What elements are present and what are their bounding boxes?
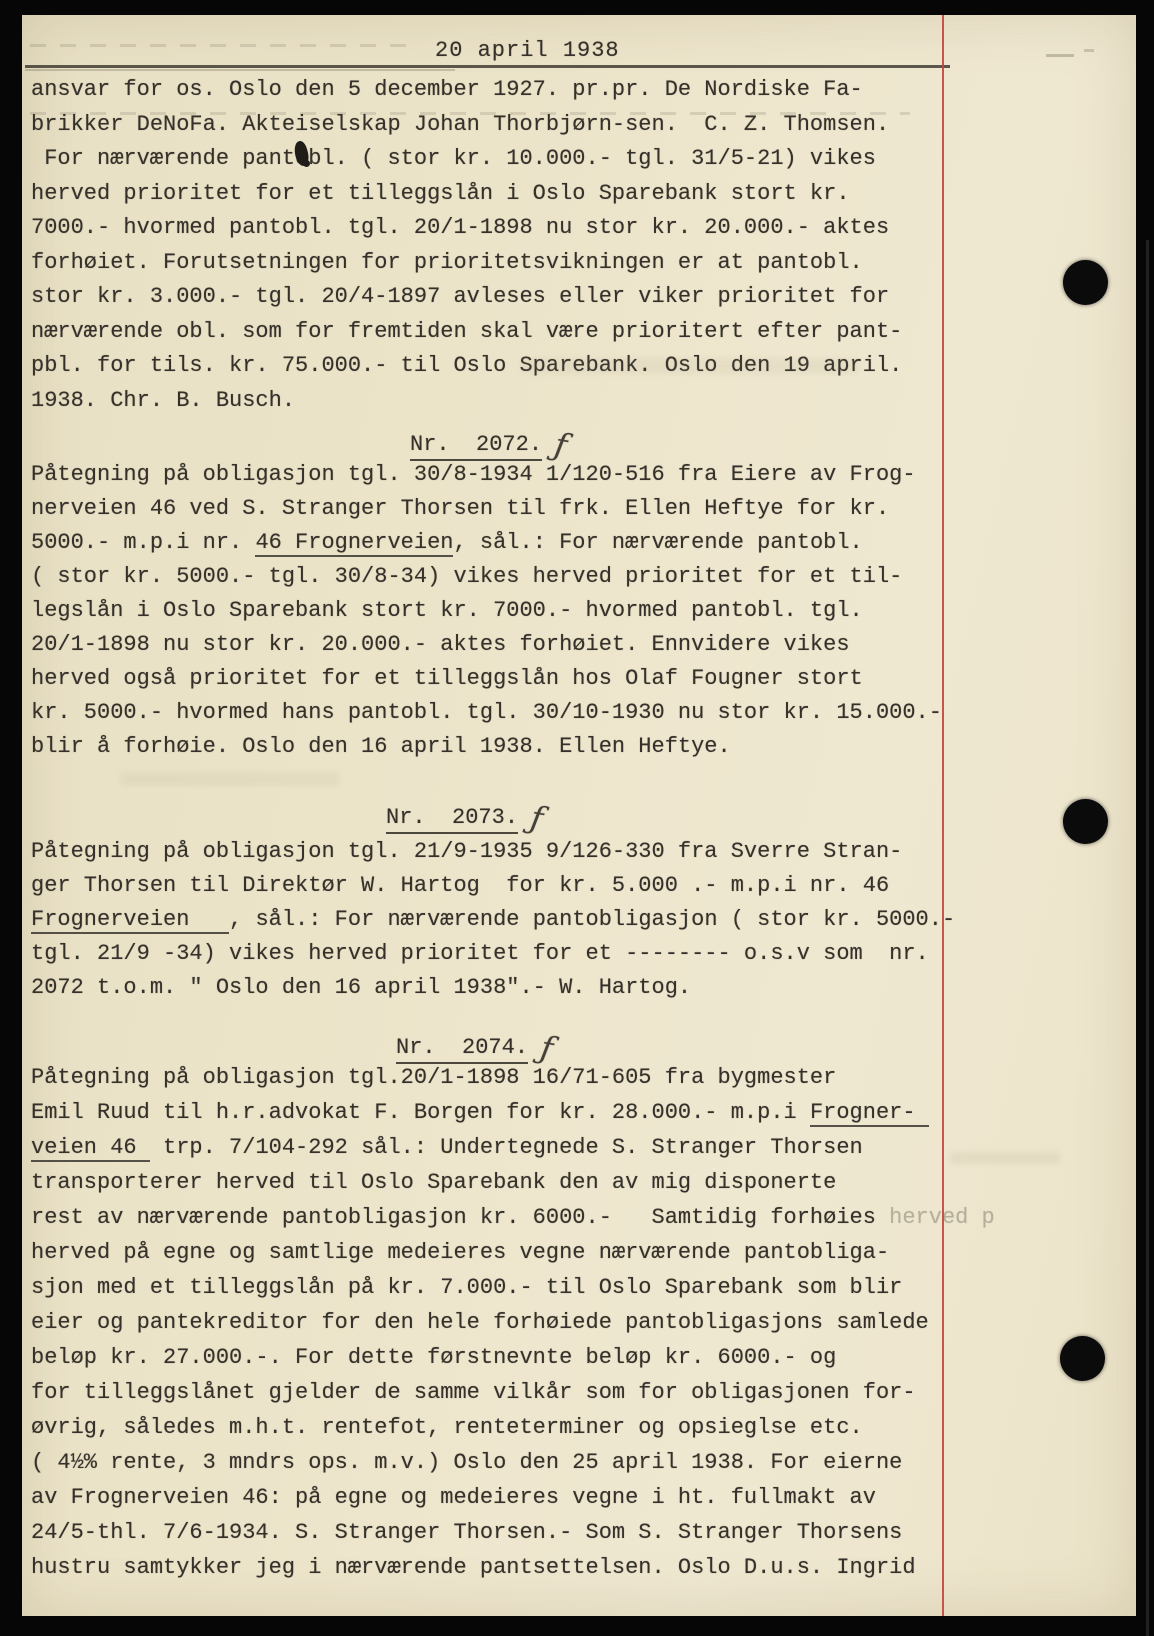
text-segment: , sål.: For nærværende pantobl. (453, 530, 862, 555)
text-line: hustru samtykker jeg i nærværende pantse… (31, 1550, 1131, 1585)
text-segment: for tilleggslånet gjelder de samme vilkå… (31, 1380, 916, 1405)
text-segment: Påtegning på obligasjon tgl.20/1-1898 16… (31, 1065, 836, 1090)
text-segment: , sål.: For nærværende pantobligasjon ( … (229, 907, 955, 932)
text-segment: hustru samtykker jeg i nærværende pantse… (31, 1555, 916, 1580)
text-segment: tgl. 21/9 -34) vikes herved prioritet fo… (31, 941, 929, 966)
text-line: transporterer herved til Oslo Sparebank … (31, 1165, 1131, 1200)
scan-ghost-line (30, 44, 420, 47)
text-line: For nærværende pantobl. ( stor kr. 10.00… (31, 142, 1131, 177)
page-content: 20 april 1938 ansvar for os. Oslo den 5 … (0, 0, 1154, 1636)
text-segment: nerveien 46 ved S. Stranger Thorsen til … (31, 496, 889, 521)
text-line: 1938. Chr. B. Busch. (31, 384, 1131, 419)
text-line: øvrig, således m.h.t. rentefot, renteter… (31, 1410, 1131, 1445)
text-segment: ( stor kr. 5000.- tgl. 30/8-34) vikes he… (31, 564, 902, 589)
ink-blot (303, 160, 310, 167)
text-line: ger Thorsen til Direktør W. Hartog for k… (31, 869, 1131, 903)
text-line: legslån i Oslo Sparebank stort kr. 7000.… (31, 594, 1131, 628)
text-line: stor kr. 3.000.- tgl. 20/4-1897 avleses … (31, 280, 1131, 315)
handwritten-check-mark: ƒ (553, 430, 570, 460)
red-margin-line (942, 15, 944, 1616)
text-segment: Påtegning på obligasjon tgl. 21/9-1935 9… (31, 839, 902, 864)
text-segment: 20/1-1898 nu stor kr. 20.000.- aktes for… (31, 632, 850, 657)
text-segment: sjon med et tilleggslån på kr. 7.000.- t… (31, 1275, 902, 1300)
text-line: ( 4½% rente, 3 mndrs ops. m.v.) Oslo den… (31, 1445, 1131, 1480)
text-segment: eier og pantekreditor for den hele forhø… (31, 1310, 929, 1335)
text-line: beløp kr. 27.000.-. For dette førstnevnt… (31, 1340, 1131, 1375)
section-heading: Nr. 2073.ƒ (386, 798, 1131, 835)
handwritten-check-mark: ƒ (539, 1033, 556, 1063)
text-line: 5000.- m.p.i nr. 46 Frognerveien, sål.: … (31, 526, 1131, 560)
text-line: sjon med et tilleggslån på kr. 7.000.- t… (31, 1270, 1131, 1305)
text-line: av Frognerveien 46: på egne og medeieres… (31, 1480, 1131, 1515)
text-line: herved på egne og samtlige medeieres veg… (31, 1235, 1131, 1270)
text-line: for tilleggslånet gjelder de samme vilkå… (31, 1375, 1131, 1410)
date-underline (25, 65, 950, 68)
text-segment: 2072 t.o.m. " Oslo den 16 april 1938".- … (31, 975, 691, 1000)
text-line: 2072 t.o.m. " Oslo den 16 april 1938".- … (31, 971, 1131, 1005)
text-segment: ansvar for os. Oslo den 5 december 1927.… (31, 77, 863, 102)
handwritten-check-mark: ƒ (529, 803, 546, 833)
text-line: tgl. 21/9 -34) vikes herved prioritet fo… (31, 937, 1131, 971)
date-header: 20 april 1938 (435, 38, 620, 63)
margin-dash-mark (1084, 49, 1094, 52)
text-line: herved også prioritet for et tilleggslån… (31, 662, 1131, 696)
underlined-text-segment: Frognerveien (31, 907, 229, 934)
margin-dash-mark (1046, 54, 1074, 57)
text-segment: stor kr. 3.000.- tgl. 20/4-1897 avleses … (31, 284, 889, 309)
text-segment: blir å forhøie. Oslo den 16 april 1938. … (31, 734, 731, 759)
text-segment: ger Thorsen til Direktør W. Hartog for k… (31, 873, 889, 898)
scanned-register-page: { "header": { "date": "20 april 1938" },… (0, 0, 1154, 1636)
section-heading: Nr. 2072.ƒ (410, 425, 1131, 458)
text-segment: nærværende obl. som for fremtiden skal v… (31, 319, 902, 344)
text-line: ansvar for os. Oslo den 5 december 1927.… (31, 73, 1131, 108)
text-segment: For nærværende pantobl. ( stor kr. 10.00… (31, 146, 876, 171)
bleed-through-smudge (950, 1152, 1060, 1164)
text-line: Påtegning på obligasjon tgl.20/1-1898 16… (31, 1060, 1131, 1095)
text-segment: transporterer herved til Oslo Sparebank … (31, 1170, 836, 1195)
text-segment: øvrig, således m.h.t. rentefot, renteter… (31, 1415, 863, 1440)
date-underline-ghost (25, 69, 455, 71)
text-line: ( stor kr. 5000.- tgl. 30/8-34) vikes he… (31, 560, 1131, 594)
text-segment: forhøiet. Forutsetningen for prioritetsv… (31, 250, 863, 275)
section-heading: Nr. 2074.ƒ (396, 1028, 1131, 1060)
text-segment: Påtegning på obligasjon tgl. 30/8-1934 1… (31, 462, 916, 487)
text-segment: 24/5-thl. 7/6-1934. S. Stranger Thorsen.… (31, 1520, 902, 1545)
text-segment: beløp kr. 27.000.-. For dette førstnevnt… (31, 1345, 836, 1370)
text-segment: av Frognerveien 46: på egne og medeieres… (31, 1485, 876, 1510)
section-nr-2074: Nr. 2074.ƒPåtegning på obligasjon tgl.20… (31, 1028, 1131, 1585)
text-segment: 7000.- hvormed pantobl. tgl. 20/1-1898 n… (31, 215, 889, 240)
bleed-through-smudge (120, 772, 340, 786)
bleed-through-smudge (520, 358, 860, 374)
text-line: blir å forhøie. Oslo den 16 april 1938. … (31, 730, 1131, 764)
text-line: 20/1-1898 nu stor kr. 20.000.- aktes for… (31, 628, 1131, 662)
text-line: 7000.- hvormed pantobl. tgl. 20/1-1898 n… (31, 211, 1131, 246)
text-segment: rest av nærværende pantobligasjon kr. 60… (31, 1205, 889, 1230)
section-number: Nr. 2073. (386, 805, 518, 834)
punch-hole (1063, 799, 1108, 844)
text-line: eier og pantekreditor for den hele forhø… (31, 1305, 1131, 1340)
underlined-text-segment: 46 Frognerveien (255, 530, 453, 557)
text-line: Emil Ruud til h.r.advokat F. Borgen for … (31, 1095, 1131, 1130)
text-segment: 5000.- m.p.i nr. (31, 530, 255, 555)
text-line: Påtegning på obligasjon tgl. 30/8-1934 1… (31, 458, 1131, 492)
text-segment: brikker DeNoFa. Akteiselskap Johan Thorb… (31, 112, 889, 137)
underlined-text-segment: veien 46 (31, 1135, 150, 1162)
punch-hole (1063, 260, 1108, 305)
text-segment: herved på egne og samtlige medeieres veg… (31, 1240, 889, 1265)
text-line: Frognerveien , sål.: For nærværende pant… (31, 903, 1131, 937)
text-line: Påtegning på obligasjon tgl. 21/9-1935 9… (31, 835, 1131, 869)
section-nr-2073: Nr. 2073.ƒPåtegning på obligasjon tgl. 2… (31, 798, 1131, 1005)
text-segment: Emil Ruud til h.r.advokat F. Borgen for … (31, 1100, 810, 1125)
text-segment: trp. 7/104-292 sål.: Undertegnede S. Str… (150, 1135, 863, 1160)
punch-hole (1060, 1336, 1105, 1381)
text-segment: herved også prioritet for et tilleggslån… (31, 666, 863, 691)
text-line: herved prioritet for et tilleggslån i Os… (31, 177, 1131, 212)
text-segment: herved prioritet for et tilleggslån i Os… (31, 181, 850, 206)
text-line: nærværende obl. som for fremtiden skal v… (31, 315, 1131, 350)
text-segment: ( 4½% rente, 3 mndrs ops. m.v.) Oslo den… (31, 1450, 902, 1475)
section-nr-2072: Nr. 2072.ƒPåtegning på obligasjon tgl. 3… (31, 425, 1131, 764)
text-line: brikker DeNoFa. Akteiselskap Johan Thorb… (31, 108, 1131, 143)
text-line: kr. 5000.- hvormed hans pantobl. tgl. 30… (31, 696, 1131, 730)
text-segment: 1938. Chr. B. Busch. (31, 388, 295, 413)
underlined-text-segment: Frogner- (810, 1100, 929, 1127)
text-line: nerveien 46 ved S. Stranger Thorsen til … (31, 492, 1131, 526)
text-segment: kr. 5000.- hvormed hans pantobl. tgl. 30… (31, 700, 942, 725)
text-line: 24/5-thl. 7/6-1934. S. Stranger Thorsen.… (31, 1515, 1131, 1550)
text-line: rest av nærværende pantobligasjon kr. 60… (31, 1200, 1131, 1235)
text-segment: legslån i Oslo Sparebank stort kr. 7000.… (31, 598, 863, 623)
section-number: Nr. 2072. (410, 432, 542, 461)
text-line: forhøiet. Forutsetningen for prioritetsv… (31, 246, 1131, 281)
